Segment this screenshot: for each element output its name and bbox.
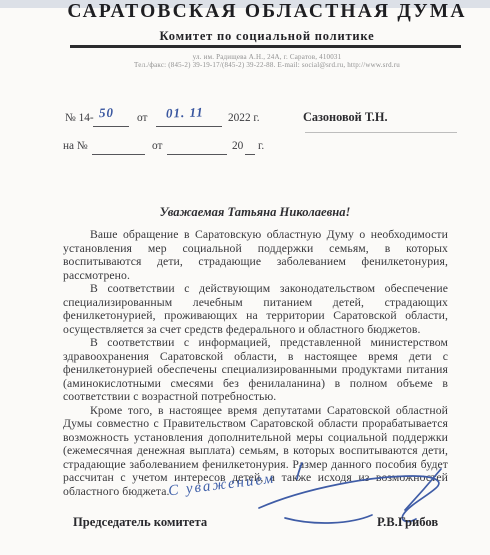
signer-name: Р.В.Грибов (377, 515, 438, 530)
reply-year-suffix: г. (258, 140, 264, 152)
letterhead-divider (70, 45, 461, 48)
signature-cross-stroke (405, 469, 441, 510)
doc-number-handwritten: 50 (99, 105, 115, 122)
doc-from-label: от (137, 112, 147, 124)
letterhead-address: ул. им. Радищева А.Н., 24А, г. Саратов, … (193, 53, 342, 61)
reply-from-label: от (152, 140, 162, 152)
doc-date-blank (156, 125, 222, 127)
reply-number-blank (92, 153, 145, 155)
doc-year-label: 2022 г. (228, 112, 260, 124)
letter-document: САРАТОВСКАЯ ОБЛАСТНАЯ ДУМА Комитет по со… (0, 0, 490, 555)
reply-number-prefix: на № (63, 140, 88, 152)
organization-title: САРАТОВСКАЯ ОБЛАСТНАЯ ДУМА (67, 1, 466, 23)
doc-number-blank (93, 125, 129, 127)
signature-underline-stroke (285, 515, 372, 523)
paragraph-3: В соответствии с информацией, представле… (63, 336, 448, 404)
doc-number-prefix: № 14- (65, 112, 94, 124)
signer-position-title: Председатель комитета (73, 515, 207, 530)
committee-subtitle: Комитет по социальной политике (160, 29, 375, 44)
paragraph-2: В соответствии с действующим законодател… (63, 282, 448, 336)
doc-date-handwritten: 01. 11 (166, 104, 204, 121)
addressee-name: Сазоновой Т.Н. (303, 110, 388, 125)
salutation: Уважаемая Татьяна Николаевна! (160, 205, 351, 220)
signature-exclamation-stroke (297, 463, 302, 479)
reply-year-blank (245, 153, 255, 155)
reply-year-label: 20 (232, 140, 243, 152)
reply-date-blank (167, 153, 227, 155)
addressee-underline (305, 131, 457, 133)
paragraph-1: Ваше обращение в Саратовскую областную Д… (63, 228, 448, 282)
letterhead-contacts: Тел./факс: (845-2) 39-19-17/(845-2) 39-2… (134, 61, 400, 69)
